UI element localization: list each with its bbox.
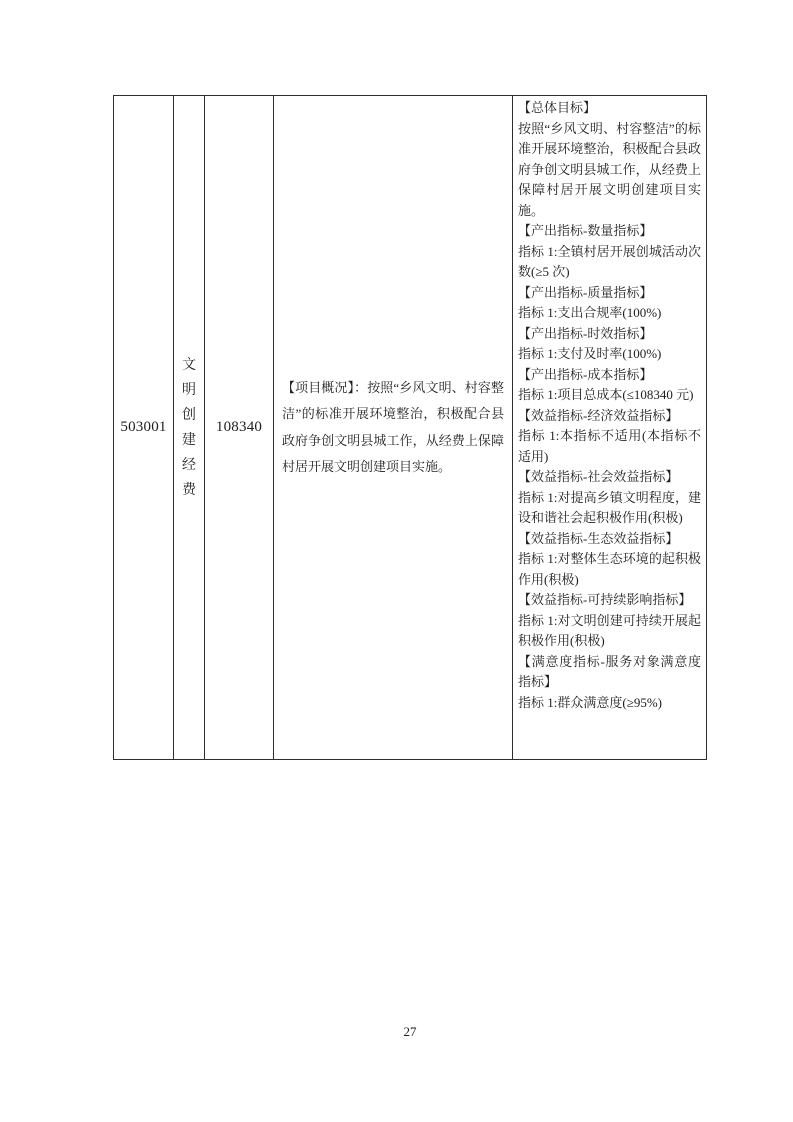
performance-line: 【满意度指标-服务对象满意度指标】 <box>518 652 701 693</box>
project-name: 文明创建经费 <box>182 353 196 503</box>
performance-line: 指标 1:项目总成本(≤108340 元) <box>518 385 701 406</box>
project-code: 503001 <box>120 419 166 436</box>
performance-line: 【产出指标-数量指标】 <box>518 221 701 242</box>
performance-line: 指标 1:对文明创建可持续开展起积极作用(积极) <box>518 611 701 652</box>
page-number: 27 <box>113 1024 707 1040</box>
performance-line: 按照“乡风文明、村容整洁”的标准开展环境整治，积极配合县政府争创文明县城工作，从… <box>518 119 701 222</box>
performance-line: 指标 1:全镇村居开展创城活动次数(≥5 次) <box>518 242 701 283</box>
performance-line: 指标 1:对整体生态环境的起积极作用(积极) <box>518 549 701 590</box>
project-name-cell: 文明创建经费 <box>174 96 205 759</box>
performance-line: 【效益指标-经济效益指标】 <box>518 406 701 427</box>
project-amount: 108340 <box>216 419 262 436</box>
performance-line: 指标 1:群众满意度(≥95%) <box>518 693 701 714</box>
performance-line: 【效益指标-可持续影响指标】 <box>518 590 701 611</box>
project-overview-cell: 【项目概况】：按照“乡风文明、村容整洁”的标准开展环境整治，积极配合县政府争创文… <box>274 96 513 759</box>
performance-line: 指标 1:支付及时率(100%) <box>518 344 701 365</box>
performance-line: 【产出指标-质量指标】 <box>518 283 701 304</box>
project-amount-cell: 108340 <box>205 96 274 759</box>
project-overview: 【项目概况】：按照“乡风文明、村容整洁”的标准开展环境整治，积极配合县政府争创文… <box>282 375 504 481</box>
performance-line: 指标 1:本指标不适用(本指标不适用) <box>518 426 701 467</box>
performance-line: 指标 1:对提高乡镇文明程度，建设和谐社会起积极作用(积极) <box>518 488 701 529</box>
performance-line: 【效益指标-社会效益指标】 <box>518 467 701 488</box>
document-page: 503001 文明创建经费 108340 【项目概况】：按照“乡风文明、村容整洁… <box>0 0 793 1122</box>
performance-line: 【产出指标-时效指标】 <box>518 324 701 345</box>
performance-line: 【产出指标-成本指标】 <box>518 365 701 386</box>
performance-line: 【效益指标-生态效益指标】 <box>518 529 701 550</box>
performance-line: 【总体目标】 <box>518 98 701 119</box>
performance-indicators-cell: 【总体目标】按照“乡风文明、村容整洁”的标准开展环境整治，积极配合县政府争创文明… <box>513 96 706 759</box>
budget-project-table: 503001 文明创建经费 108340 【项目概况】：按照“乡风文明、村容整洁… <box>113 95 707 760</box>
performance-line: 指标 1:支出合规率(100%) <box>518 303 701 324</box>
project-code-cell: 503001 <box>114 96 174 759</box>
